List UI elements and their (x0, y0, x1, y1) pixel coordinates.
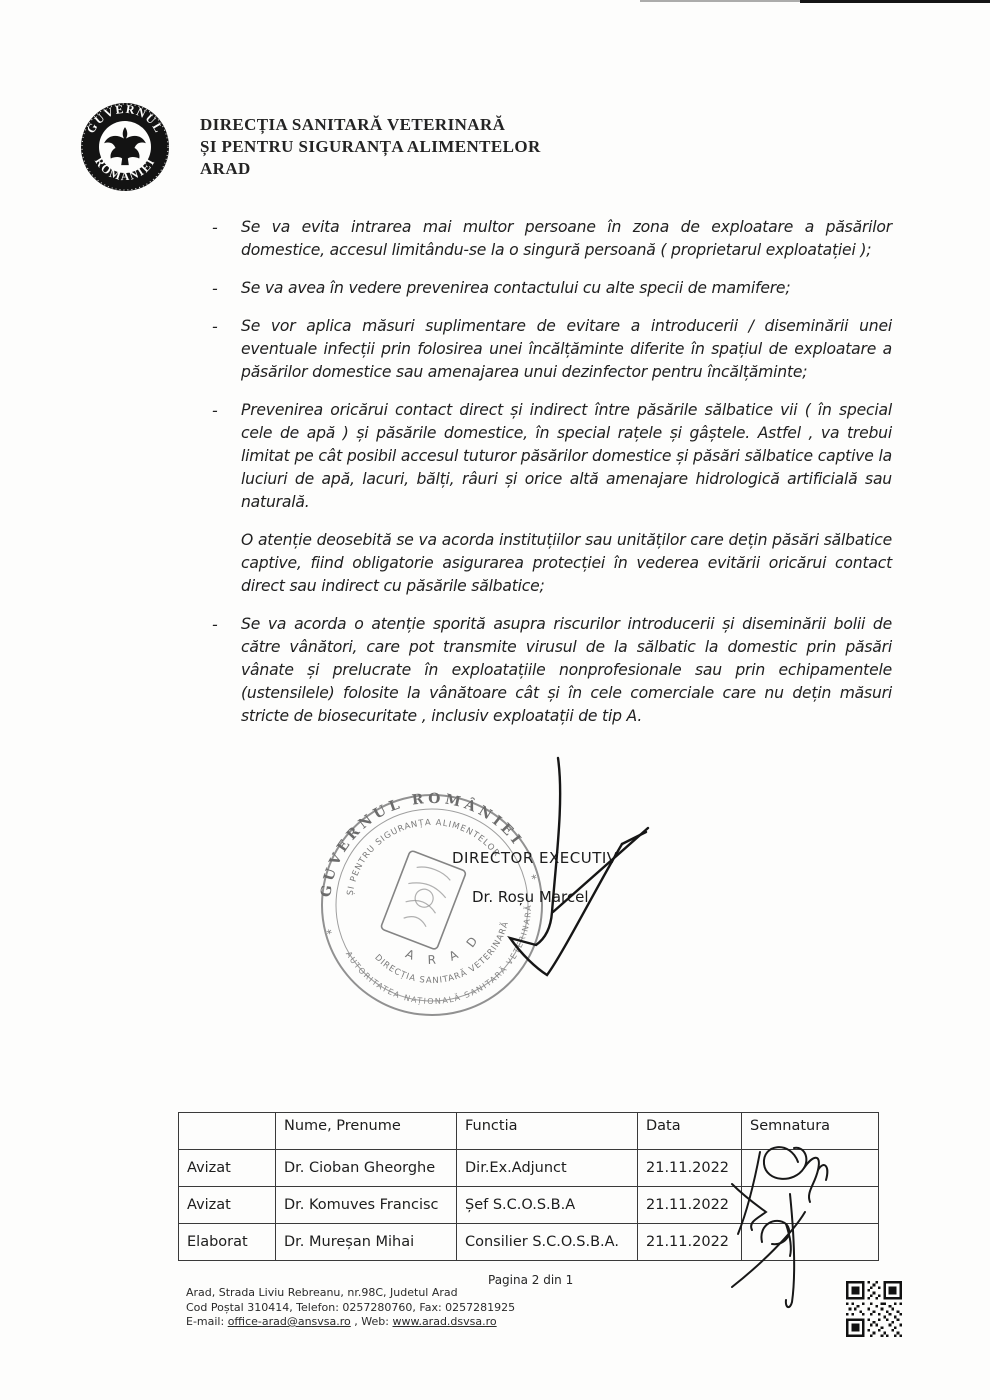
bullet-text: Se va acorda o atenție sporită asupra ri… (241, 613, 892, 728)
row-name: Dr. Komuves Francisc (276, 1187, 457, 1224)
org-line-3: ARAD (200, 158, 660, 180)
bullet-text: Se va avea în vedere prevenirea contactu… (241, 277, 790, 300)
bullet-item: - Se va evita intrarea mai multor persoa… (212, 216, 892, 262)
row-role: Dir.Ex.Adjunct (457, 1150, 638, 1187)
web-label: , Web: (351, 1315, 393, 1328)
row-name: Dr. Cioban Gheorghe (276, 1150, 457, 1187)
bullet-item: - Se va acorda o atenție sporită asupra … (212, 613, 892, 728)
bullet-text: Se vor aplica măsuri suplimentare de evi… (241, 315, 892, 384)
bullet-dash: - (212, 216, 241, 262)
row-name: Dr. Mureșan Mihai (276, 1224, 457, 1261)
bullet-dash: - (212, 399, 241, 514)
row-role: Șef S.C.O.S.B.A (457, 1187, 638, 1224)
footer-address: Arad, Strada Liviu Rebreanu, nr.98C, Jud… (186, 1286, 515, 1330)
address-line-1: Arad, Strada Liviu Rebreanu, nr.98C, Jud… (186, 1286, 515, 1301)
address-line-2: Cod Poștal 310414, Telefon: 0257280760, … (186, 1301, 515, 1316)
email-label: E-mail: (186, 1315, 228, 1328)
director-signature-mark (300, 740, 720, 1020)
document-page: GUVERNUL ROMÂNIEI DIRECȚIA SANITARĂ VETE… (0, 0, 990, 1400)
email-link[interactable]: office-arad@ansvsa.ro (228, 1315, 351, 1328)
body-text: - Se va evita intrarea mai multor persoa… (212, 216, 892, 743)
row-label: Elaborat (179, 1224, 276, 1261)
bullet-item: - Prevenirea oricărui contact direct și … (212, 399, 892, 514)
header-name: Nume, Prenume (276, 1113, 457, 1150)
header-role: Functia (457, 1113, 638, 1150)
bullet-text: Se va evita intrarea mai multor persoane… (241, 216, 892, 262)
government-seal-icon: GUVERNUL ROMÂNIEI (80, 102, 170, 192)
bullet-item: - Se vor aplica măsuri suplimentare de e… (212, 315, 892, 384)
web-link[interactable]: www.arad.dsvsa.ro (392, 1315, 496, 1328)
bullet-dash: - (212, 315, 241, 384)
header-org-name: DIRECȚIA SANITARĂ VETERINARĂ ȘI PENTRU S… (200, 114, 660, 180)
row-label: Avizat (179, 1150, 276, 1187)
address-line-3: E-mail: office-arad@ansvsa.ro , Web: www… (186, 1315, 515, 1330)
scan-artifact-faint (640, 0, 800, 2)
bullet-text: Prevenirea oricărui contact direct și in… (241, 399, 892, 514)
attention-paragraph: O atenție deosebită se va acorda institu… (241, 529, 892, 598)
page-number: Pagina 2 din 1 (488, 1273, 573, 1287)
org-line-1: DIRECȚIA SANITARĂ VETERINARĂ (200, 114, 660, 136)
bullet-dash: - (212, 277, 241, 300)
bullet-dash: - (212, 613, 241, 728)
row-label: Avizat (179, 1187, 276, 1224)
scan-artifact (800, 0, 990, 3)
bullet-item: - Se va avea în vedere prevenirea contac… (212, 277, 892, 300)
org-line-2: ȘI PENTRU SIGURANȚA ALIMENTELOR (200, 136, 660, 158)
row-role: Consilier S.C.O.S.B.A. (457, 1224, 638, 1261)
header-empty (179, 1113, 276, 1150)
qr-code-icon (846, 1281, 902, 1337)
